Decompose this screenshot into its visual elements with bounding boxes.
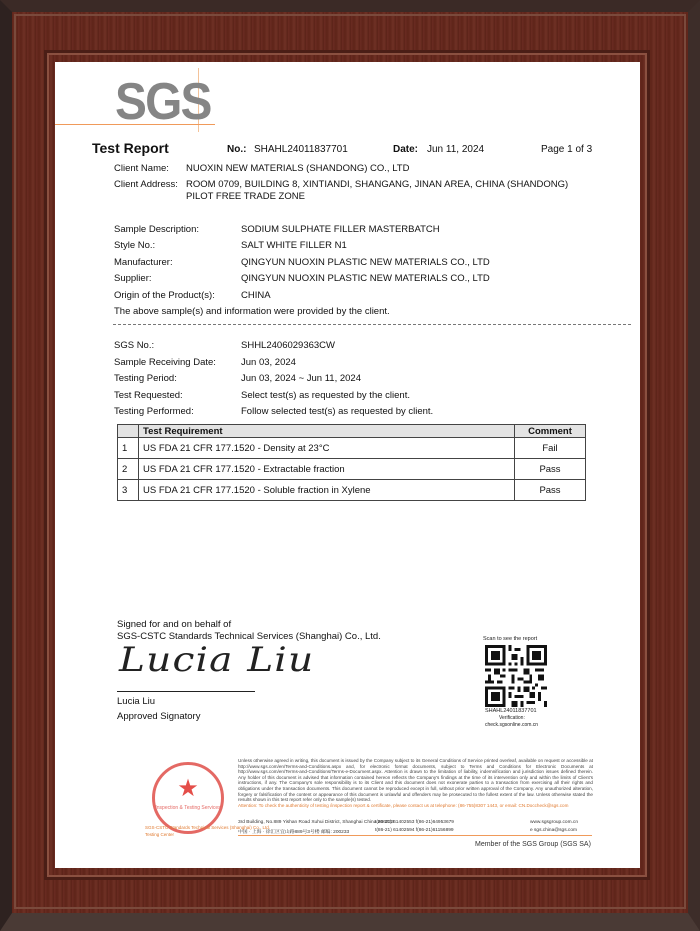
client-address-line2: PILOT FREE TRADE ZONE xyxy=(186,191,305,202)
client-provided-note: The above sample(s) and information were… xyxy=(114,306,390,317)
verification-label: Verification: xyxy=(499,715,525,721)
row-requirement: US FDA 21 CFR 177.1520 - Extractable fra… xyxy=(139,459,515,480)
seal-center: Testing Center xyxy=(145,832,174,837)
testing-period-value: Jun 03, 2024 ~ Jun 11, 2024 xyxy=(241,373,361,384)
logo-horizontal-rule xyxy=(55,124,215,125)
receiving-date-value: Jun 03, 2024 xyxy=(241,357,296,368)
star-icon: ★ xyxy=(155,777,221,801)
sample-description-value: SODIUM SULPHATE FILLER MASTERBATCH xyxy=(241,224,440,235)
signatory-name: Lucia Liu xyxy=(117,696,155,707)
official-seal: ★ Inspection & Testing Services xyxy=(152,762,224,834)
testing-period-label: Testing Period: xyxy=(114,373,177,384)
results-table: Test Requirement Comment 1 US FDA 21 CFR… xyxy=(117,424,586,501)
col-header-comment: Comment xyxy=(515,425,586,438)
row-comment: Fail xyxy=(515,438,586,459)
telephone-1: t(86-21) 61402553 f(86-21)64953679 xyxy=(375,820,454,825)
supplier-value: QINGYUN NUOXIN PLASTIC NEW MATERIALS CO.… xyxy=(241,273,490,284)
row-requirement: US FDA 21 CFR 177.1520 - Density at 23°C xyxy=(139,438,515,459)
table-row: 1 US FDA 21 CFR 177.1520 - Density at 23… xyxy=(118,438,586,459)
client-name-value: NUOXIN NEW MATERIALS (SHANDONG) CO., LTD xyxy=(186,163,409,174)
sgs-logo: SGS xyxy=(115,72,211,132)
testing-performed-label: Testing Performed: xyxy=(114,406,194,417)
signed-on-behalf: Signed for and on behalf of xyxy=(117,619,231,630)
origin-value: CHINA xyxy=(241,290,271,301)
telephone-2: t(86-21) 61402594 f(86-21)61156899 xyxy=(375,828,454,833)
qr-caption: Scan to see the report xyxy=(483,636,537,642)
manufacturer-label: Manufacturer: xyxy=(114,257,173,268)
report-date-label: Date: xyxy=(393,144,418,155)
report-title: Test Report xyxy=(92,140,169,156)
disclaimer-text: Unless otherwise agreed in writing, this… xyxy=(238,758,593,802)
style-no-value: SALT WHITE FILLER N1 xyxy=(241,240,347,251)
sample-description-label: Sample Description: xyxy=(114,224,199,235)
style-no-label: Style No.: xyxy=(114,240,155,251)
report-no-value: SHAHL24011837701 xyxy=(254,144,348,155)
client-address-line1: ROOM 0709, BUILDING 8, XINTIANDI, SHANGA… xyxy=(186,179,568,190)
seal-text: Inspection & Testing Services xyxy=(155,805,221,811)
signatory-title: Approved Signatory xyxy=(117,711,200,722)
row-requirement: US FDA 21 CFR 177.1520 - Soluble fractio… xyxy=(139,480,515,501)
report-date-value: Jun 11, 2024 xyxy=(427,144,484,155)
test-requested-label: Test Requested: xyxy=(114,390,183,401)
test-requested-value: Select test(s) as requested by the clien… xyxy=(241,390,410,401)
handwritten-signature: Lucia Liu xyxy=(119,640,314,680)
page-indicator: Page 1 of 3 xyxy=(541,144,592,155)
qr-report-code: SHAHL24011837701 xyxy=(485,708,537,714)
origin-label: Origin of the Product(s): xyxy=(114,290,215,301)
client-name-label: Client Name: xyxy=(114,163,169,174)
footer-orange-rule xyxy=(238,835,592,836)
qr-code-icon[interactable] xyxy=(485,645,547,707)
supplier-label: Supplier: xyxy=(114,273,152,284)
address-english: 3rd Building, No.889 Yishan Road Xuhui D… xyxy=(238,820,394,825)
disclaimer-block: Unless otherwise agreed in writing, this… xyxy=(238,758,593,808)
verification-url[interactable]: check.sgsonline.com.cn xyxy=(485,722,538,728)
row-no: 2 xyxy=(118,459,139,480)
row-comment: Pass xyxy=(515,459,586,480)
manufacturer-value: QINGYUN NUOXIN PLASTIC NEW MATERIALS CO.… xyxy=(241,257,490,268)
row-comment: Pass xyxy=(515,480,586,501)
signature-line xyxy=(117,691,255,692)
table-row: 2 US FDA 21 CFR 177.1520 - Extractable f… xyxy=(118,459,586,480)
results-table-header: Test Requirement Comment xyxy=(118,425,586,438)
website[interactable]: www.sgsgroup.com.cn xyxy=(530,820,578,825)
testing-performed-value: Follow selected test(s) as requested by … xyxy=(241,406,433,417)
client-address-label: Client Address: xyxy=(114,179,178,190)
table-row: 3 US FDA 21 CFR 177.1520 - Soluble fract… xyxy=(118,480,586,501)
address-chinese: 中国 · 上海 · 徐汇区宜山路889号3号楼 邮编: 200233 xyxy=(238,828,349,835)
col-header-requirement: Test Requirement xyxy=(139,425,515,438)
dashed-divider xyxy=(113,324,631,325)
col-header-no xyxy=(118,425,139,438)
authenticity-notice: Attention: To check the authenticity of … xyxy=(238,803,568,808)
certificate-paper: SGS Test Report No.: SHAHL24011837701 Da… xyxy=(55,62,640,868)
sgs-no-label: SGS No.: xyxy=(114,340,154,351)
row-no: 1 xyxy=(118,438,139,459)
row-no: 3 xyxy=(118,480,139,501)
sgs-no-value: SHHL2406029363CW xyxy=(241,340,335,351)
receiving-date-label: Sample Receiving Date: xyxy=(114,357,216,368)
report-no-label: No.: xyxy=(227,144,246,155)
email[interactable]: e sgs.china@sgs.com xyxy=(530,828,577,833)
member-of-sgs: Member of the SGS Group (SGS SA) xyxy=(475,841,591,848)
